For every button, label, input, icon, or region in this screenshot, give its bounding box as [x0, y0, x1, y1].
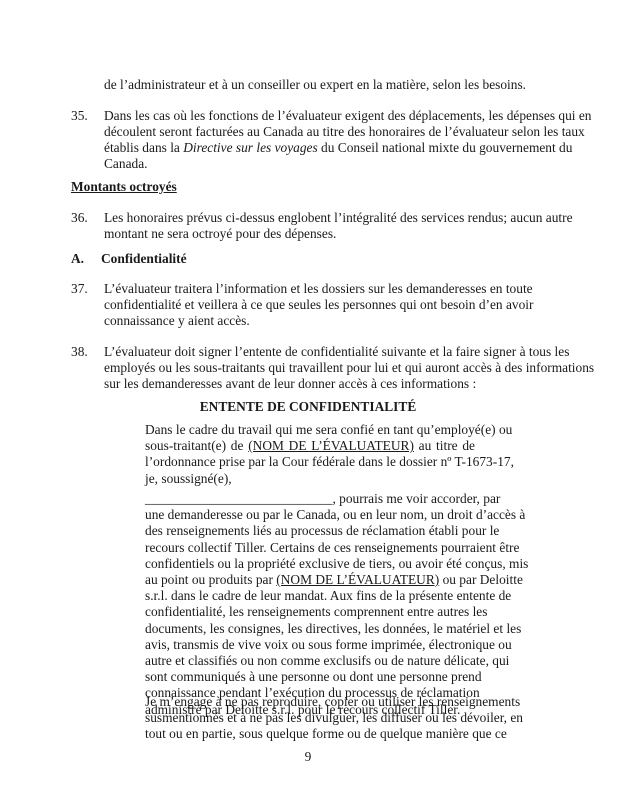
- item-38-line-1: L’évaluateur doit signer l’entente de co…: [104, 344, 569, 360]
- item-38-number: 38.: [71, 344, 88, 360]
- section-heading-montants: Montants octroyés: [71, 179, 177, 195]
- item-38-line-2: employés ou les sous-traitants qui trava…: [104, 360, 594, 376]
- agreement-p2-line-5: confidentiels ou la propriété exclusive …: [145, 556, 475, 572]
- agreement-p1-line-3: l’ordonnance prise par la Cour fédérale …: [145, 454, 475, 470]
- agreement-p1-line-4: je, soussigné(e),: [145, 471, 475, 487]
- agreement-paragraph-2: ____________________________, pourrais m…: [145, 491, 475, 718]
- agreement-p3-line-2: susmentionnés et à ne pas les divulguer,…: [145, 710, 475, 726]
- evaluator-name-placeholder-2: (NOM DE L’ÉVALUATEUR): [276, 572, 439, 587]
- agreement-p2-line-2: une demanderesse ou par le Canada, ou en…: [145, 507, 475, 523]
- continuation-text: de l’administrateur et à un conseiller o…: [104, 77, 526, 93]
- item-38-line-3: sur les demanderesses avant de leur donn…: [104, 376, 476, 392]
- agreement-p1-line-2-before: sous-traitant(e) de: [145, 438, 248, 453]
- directive-title: Directive sur les voyages: [183, 140, 317, 155]
- item-35-line-3-before: établis dans la: [104, 140, 183, 155]
- agreement-p2-line-12: sont communiqués à une personne ou dont …: [145, 669, 475, 685]
- agreement-p2-line-6: au point ou produits par (NOM DE L’ÉVALU…: [145, 572, 475, 588]
- agreement-p1-line-1: Dans le cadre du travail qui me sera con…: [145, 422, 475, 438]
- item-36-line-2: montant ne sera octroyé pour des dépense…: [104, 226, 336, 242]
- section-a-letter: A.: [71, 251, 84, 267]
- agreement-p2-line-1: ____________________________, pourrais m…: [145, 491, 475, 507]
- agreement-paragraph-3: Je m’engage à ne pas reproduire, copier …: [145, 694, 475, 743]
- agreement-p2-line-8: confidentialité, les renseignements comp…: [145, 604, 475, 620]
- agreement-paragraph-1: Dans le cadre du travail qui me sera con…: [145, 422, 475, 487]
- item-37-line-3: connaissance y aient accès.: [104, 313, 250, 329]
- item-35-line-3-after: du Conseil national mixte du gouvernemen…: [318, 140, 573, 155]
- agreement-p3-line-3: tout ou en partie, sous quelque forme ou…: [145, 726, 475, 742]
- item-35-number: 35.: [71, 108, 88, 124]
- agreement-p1-line-2-after: au titre de: [414, 438, 475, 453]
- item-35-line-4: Canada.: [104, 156, 148, 172]
- item-35-line-3: établis dans la Directive sur les voyage…: [104, 140, 572, 156]
- item-36-number: 36.: [71, 210, 88, 226]
- signature-blank: ____________________________: [145, 491, 332, 506]
- agreement-p1-line-2: sous-traitant(e) de (NOM DE L’ÉVALUATEUR…: [145, 438, 475, 454]
- agreement-p2-line-1-after: , pourrais me voir accorder, par: [332, 491, 500, 506]
- agreement-p2-line-4: recours collectif Tiller. Certains de ce…: [145, 540, 475, 556]
- agreement-p2-line-6-before: au point ou produits par: [145, 572, 276, 587]
- agreement-p2-line-11: autre et classifiés ou non comme exclusi…: [145, 653, 475, 669]
- page-number: 9: [290, 749, 326, 765]
- item-36-line-1: Les honoraires prévus ci-dessus engloben…: [104, 210, 573, 226]
- agreement-p2-line-9: documents, les consignes, les directives…: [145, 621, 475, 637]
- item-37-number: 37.: [71, 281, 88, 297]
- item-37-line-1: L’évaluateur traitera l’information et l…: [104, 281, 533, 297]
- document-page: de l’administrateur et à un conseiller o…: [0, 0, 617, 807]
- item-35-line-1: Dans les cas où les fonctions de l’évalu…: [104, 108, 591, 124]
- agreement-p3-line-1: Je m’engage à ne pas reproduire, copier …: [145, 694, 475, 710]
- item-37-line-2: confidentialité et veillera à ce que seu…: [104, 297, 533, 313]
- agreement-p2-line-10: avis, transmis de vive voix ou sous form…: [145, 637, 475, 653]
- agreement-p2-line-7: s.r.l. dans le cadre de leur mandat. Aux…: [145, 588, 475, 604]
- agreement-title: ENTENTE DE CONFIDENTIALITÉ: [145, 399, 471, 415]
- section-a-heading: Confidentialité: [101, 251, 187, 267]
- agreement-p2-line-3: des renseignements liés au processus de …: [145, 523, 475, 539]
- agreement-p2-line-6-after: ou par Deloitte: [439, 572, 523, 587]
- item-35-line-2: découlent seront facturées au Canada au …: [104, 124, 585, 140]
- evaluator-name-placeholder: (NOM DE L’ÉVALUATEUR): [248, 438, 414, 453]
